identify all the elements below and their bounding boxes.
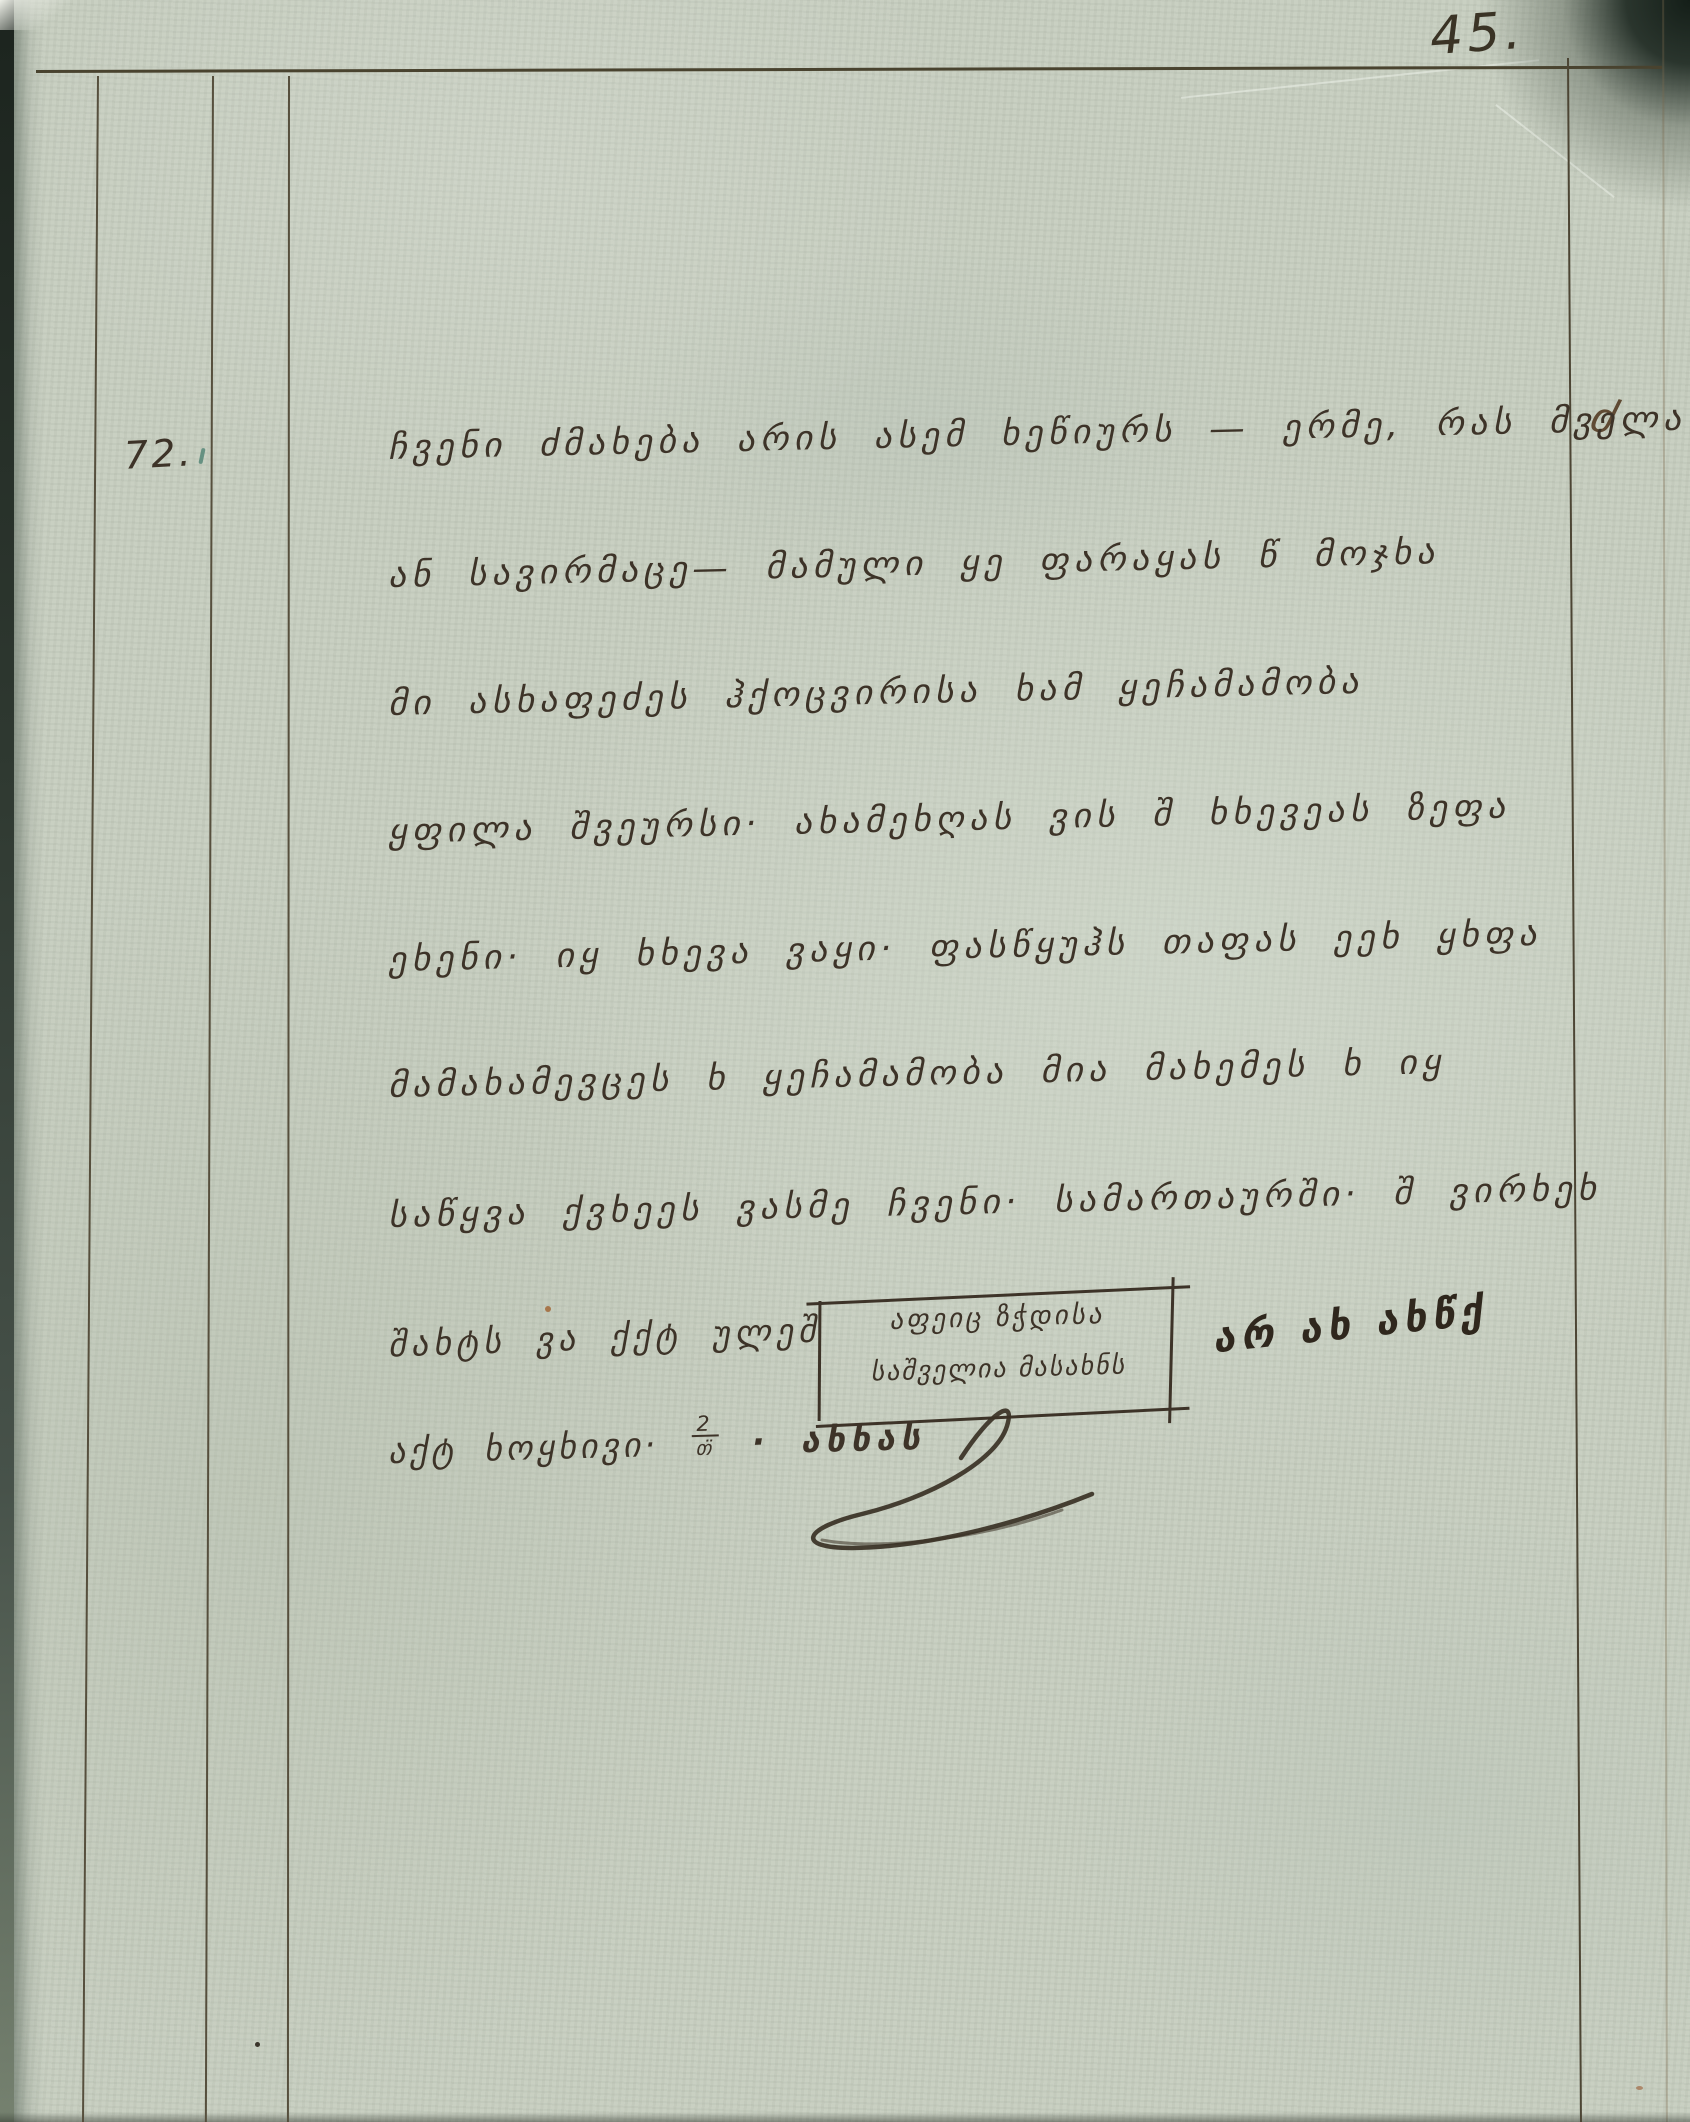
top-left-corner-highlight	[0, 0, 80, 30]
bottom-edge-shadow	[0, 2112, 1690, 2122]
ink-speck	[255, 2042, 260, 2047]
date-fraction: 2თ̈	[691, 1412, 720, 1459]
ink-speck	[545, 1306, 551, 1312]
fraction-denominator: თ̈	[692, 1436, 720, 1459]
folio-number: 45.	[1428, 1, 1527, 67]
binding-edge	[0, 0, 14, 2122]
binding-edge-shadow	[14, 0, 44, 2122]
signature-flourish	[756, 1396, 1136, 1576]
ink-speck	[1636, 2086, 1643, 2090]
signature-line-start: აქტ ხოყხივი·	[388, 1425, 660, 1472]
entry-number: 72.	[123, 430, 195, 478]
boxed-note-line-1: აფეიც ზჭდისა	[823, 1297, 1172, 1338]
fraction-numerator: 2	[691, 1412, 719, 1437]
manuscript-page: { "page": { "folio_number": "45.", "entr…	[0, 0, 1690, 2122]
boxed-note-line-2: საშველია მასახნს	[824, 1349, 1173, 1389]
